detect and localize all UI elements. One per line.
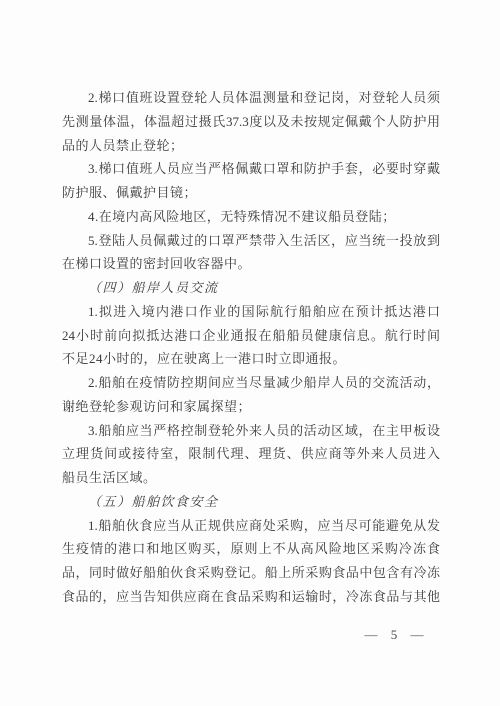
document-line: 24小时前向拟抵达港口企业通报在船船员健康信息。航行时间 — [62, 324, 440, 348]
document-line: 品，同时做好船舶伙食采购登记。船上所采购食品中包含有冷冻 — [62, 561, 440, 585]
page-number: — 5 — — [360, 627, 430, 643]
document-line: 3.船舶应当严格控制登轮外来人员的活动区域，在主甲板设 — [62, 419, 440, 443]
document-line: 生疫情的港口和地区购买，原则上不从高风险地区采购冷冻食 — [62, 537, 440, 561]
document-line: 2.梯口值班设置登轮人员体温测量和登记岗，对登轮人员须 — [62, 86, 440, 110]
document-line: 3.梯口值班人员应当严格佩戴口罩和防护手套，必要时穿戴 — [62, 157, 440, 181]
document-line: 品的人员禁止登轮； — [62, 134, 440, 158]
document-text-block: 2.梯口值班设置登轮人员体温测量和登记岗，对登轮人员须 先测量体温，体温超过摄氏… — [62, 86, 440, 609]
document-line: 船员生活区域。 — [62, 466, 440, 490]
document-line: 不足24小时的，应在驶离上一港口时立即通报。 — [62, 347, 440, 371]
document-line: 食品的，应当告知供应商在食品采购和运输时，冷冻食品与其他 — [62, 585, 440, 609]
document-line: 1.拟进入境内港口作业的国际航行船舶应在预计抵达港口 — [62, 300, 440, 324]
document-line: 谢绝登轮参观访问和家属探望； — [62, 395, 440, 419]
document-line: 1.船舶伙食应当从正规供应商处采购，应当尽可能避免从发 — [62, 514, 440, 538]
section-heading: （四）船岸人员交流 — [62, 276, 440, 300]
document-line: 防护服、佩戴护目镜； — [62, 181, 440, 205]
document-line: 2.船舶在疫情防控期间应当尽量减少船岸人员的交流活动， — [62, 371, 440, 395]
document-line: 立理货间或接待室，限制代理、理货、供应商等外来人员进入 — [62, 442, 440, 466]
document-line: 4.在境内高风险地区，无特殊情况不建议船员登陆； — [62, 205, 440, 229]
document-line: 在梯口设置的密封回收容器中。 — [62, 252, 440, 276]
document-line: 先测量体温，体温超过摄氏37.3度以及未按规定佩戴个人防护用 — [62, 110, 440, 134]
document-line: 5.登陆人员佩戴过的口罩严禁带入生活区，应当统一投放到 — [62, 229, 440, 253]
section-heading: （五）船舶饮食安全 — [62, 490, 440, 514]
document-page: 2.梯口值班设置登轮人员体温测量和登记岗，对登轮人员须 先测量体温，体温超过摄氏… — [0, 0, 500, 706]
